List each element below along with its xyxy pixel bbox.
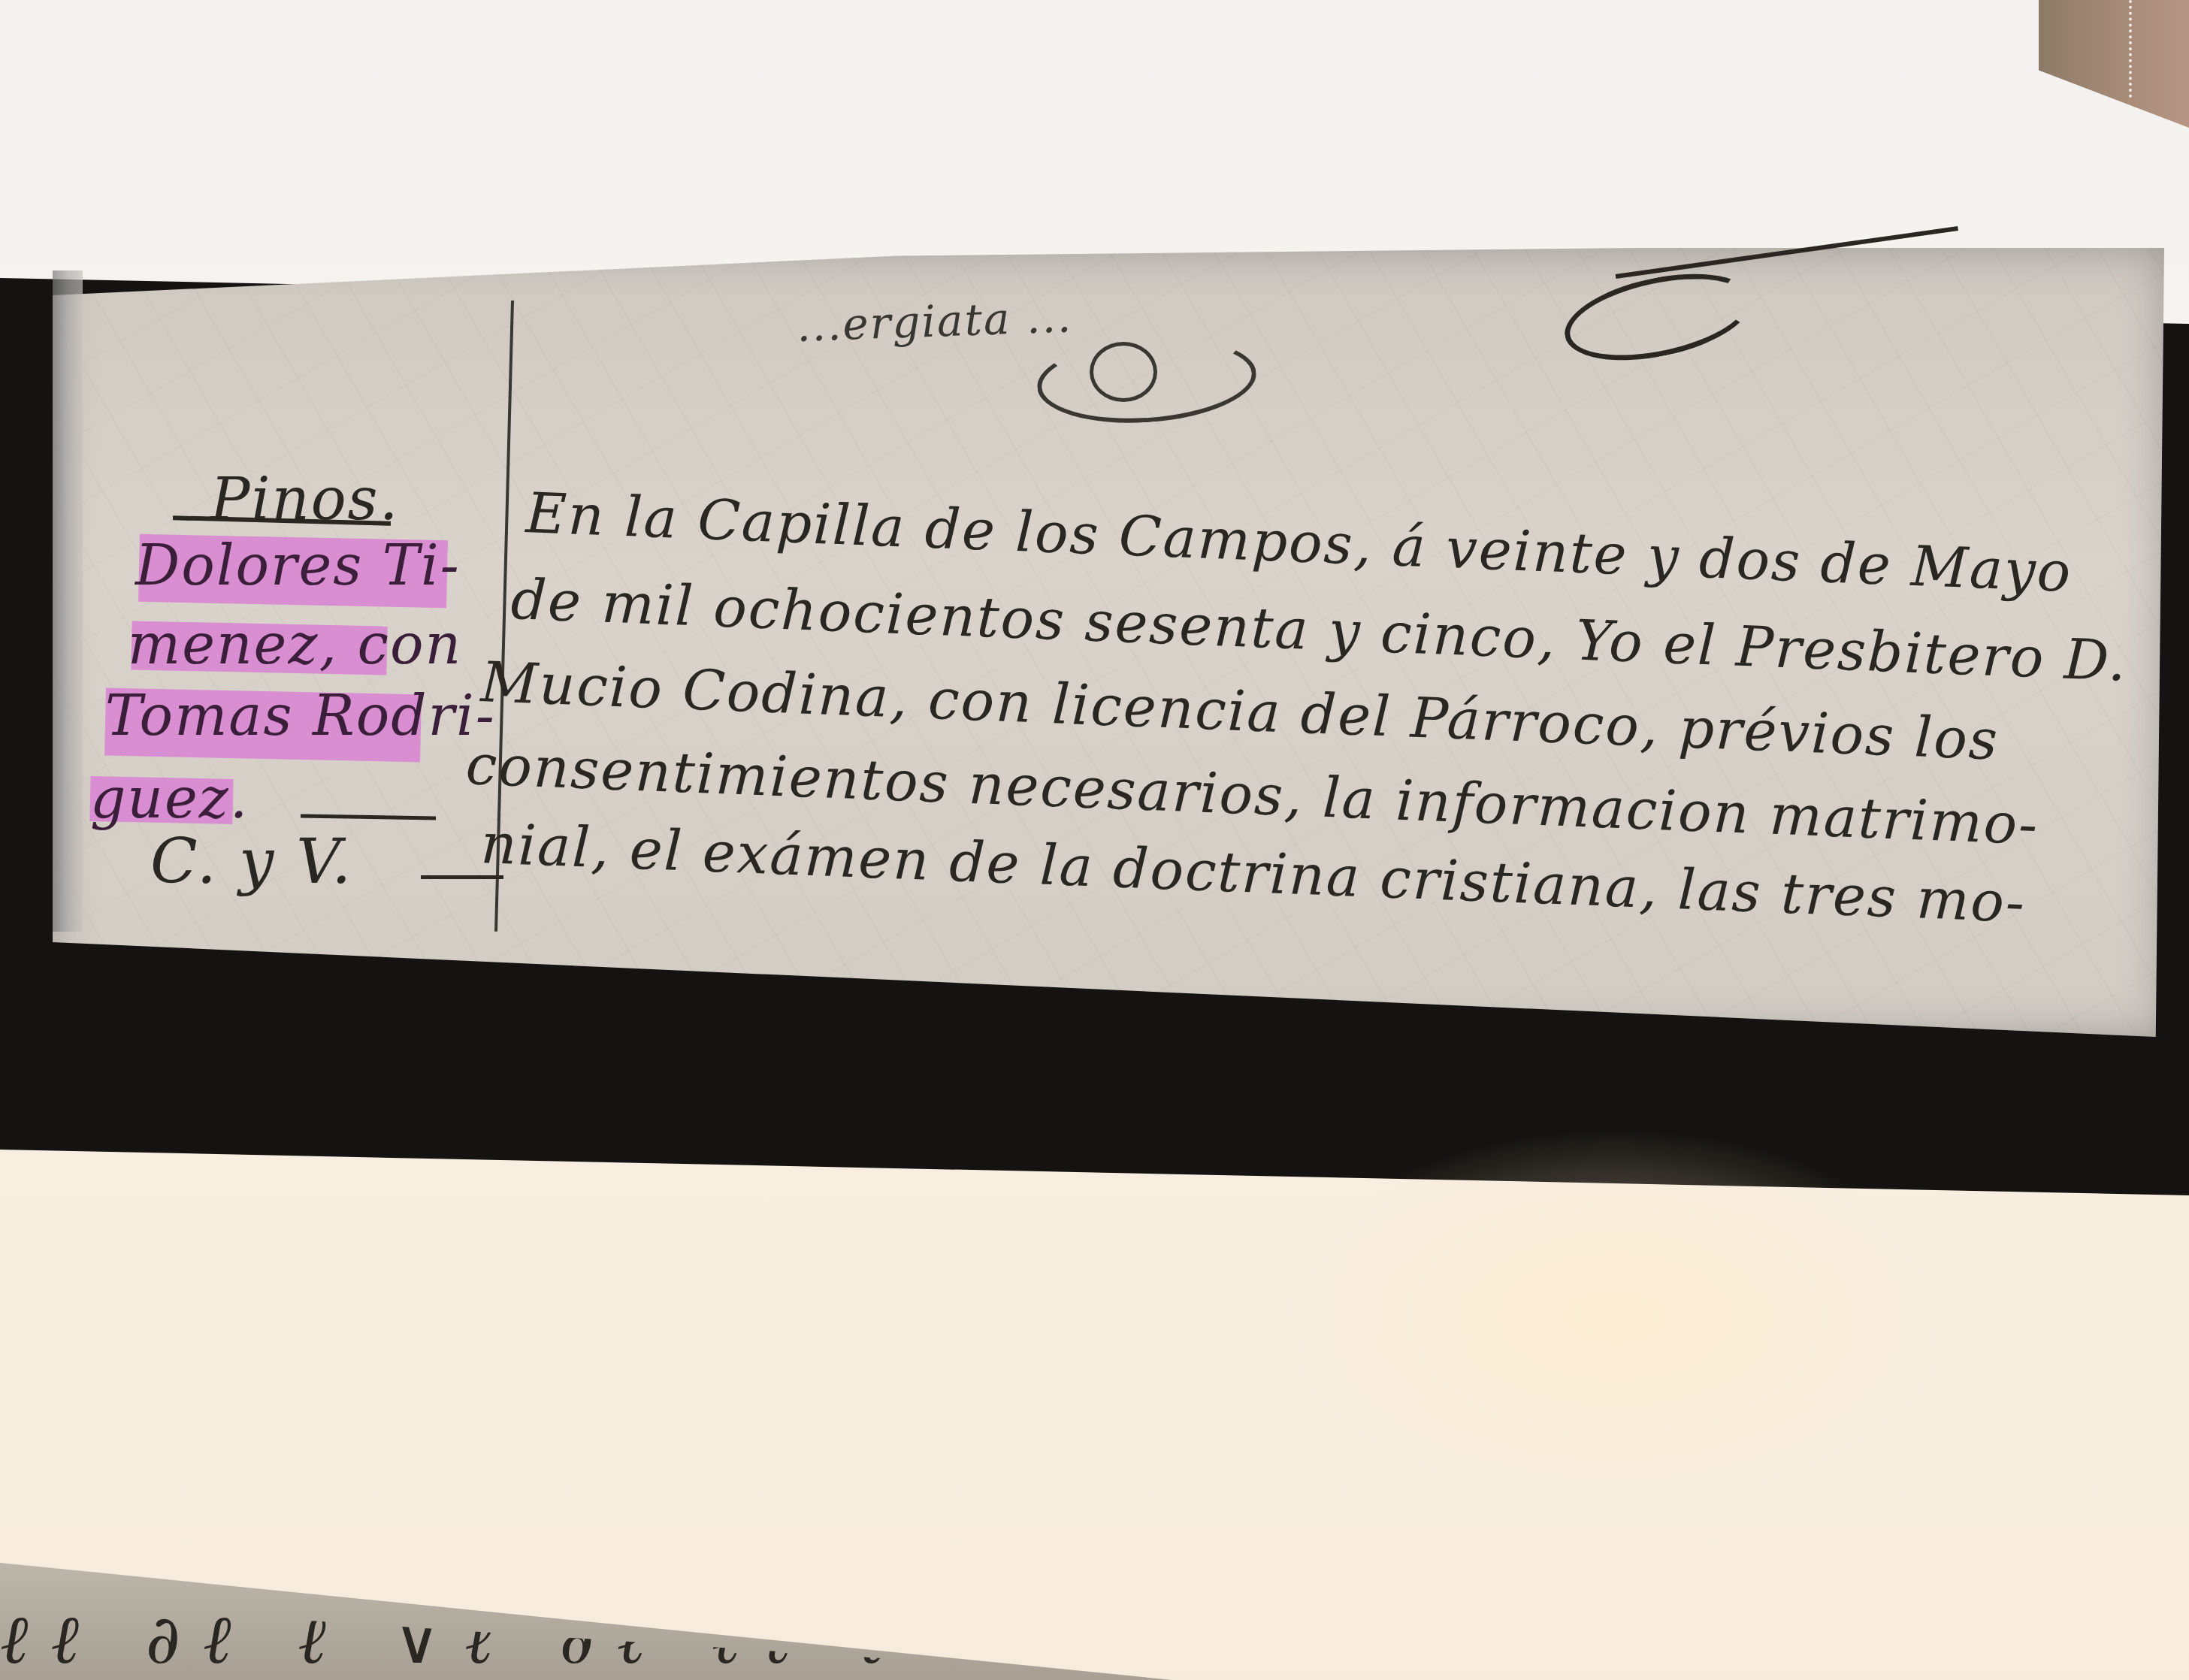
rubric-loop-icon [1090,342,1157,402]
book-stitching [2129,0,2141,98]
margin-name-line: menez, con [128,612,462,677]
margin-name-line: guez. [90,766,249,831]
margin-annotation: C. y V. [150,826,352,898]
header-fragment: ...ergiata ... [796,291,1073,352]
light-glare [1277,1127,1954,1503]
page-binding-edge [53,270,83,932]
margin-name-line: Dolores Ti- [135,533,461,598]
margin-name-line: Tomas Rodri- [105,684,496,748]
